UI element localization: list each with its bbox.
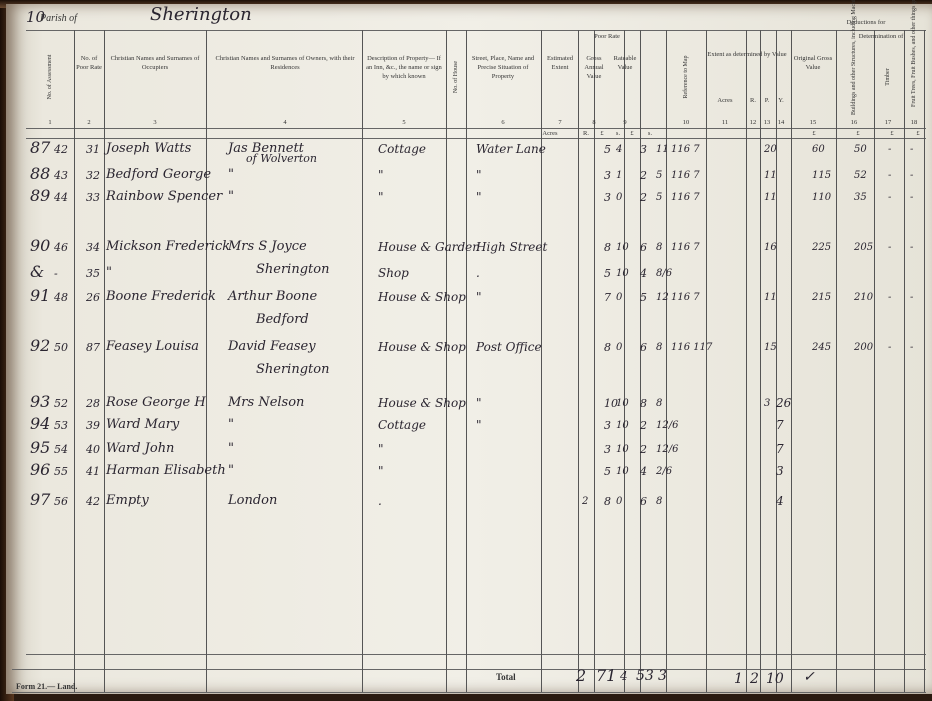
column-rule <box>466 30 467 692</box>
original-gross-value: 115 <box>812 170 831 181</box>
extent-yards: 26 <box>776 396 791 410</box>
map-reference: 116 7 <box>671 192 700 203</box>
poor-rate-number: 33 <box>86 191 100 204</box>
column-header: Reference to Map <box>683 39 689 115</box>
total-extent: 2 <box>576 666 586 685</box>
rateable-value-shillings: 12 <box>656 292 669 303</box>
occupier-name: Bedford George <box>106 167 211 182</box>
assessment-number: 95 <box>30 438 50 457</box>
property-street: Post Office <box>476 340 542 354</box>
owner-name: " <box>228 167 234 182</box>
owner-name: London <box>228 493 277 508</box>
group-header: Poor Rate <box>542 32 672 41</box>
total-gross-shillings: 4 <box>620 669 628 683</box>
gross-value-pounds: 5 <box>604 465 611 478</box>
rateable-value-pounds: 6 <box>640 495 647 508</box>
extent-yards: 4 <box>776 494 784 508</box>
property-description: " <box>378 190 384 204</box>
gross-value-shillings: 4 <box>616 144 622 155</box>
map-reference: 116 7 <box>671 170 700 181</box>
unit-label: £ <box>910 129 926 138</box>
gross-value-pounds: 5 <box>604 143 611 156</box>
column-header: Rateable Value <box>610 54 640 72</box>
gross-value-shillings: 10 <box>616 444 629 455</box>
assessment-number: 97 <box>30 490 50 509</box>
unit-label: £ <box>624 129 640 138</box>
extent-perches: 11 <box>764 192 777 203</box>
occupier-name: Feasey Louisa <box>106 339 199 354</box>
extent-perches: 3 <box>764 398 770 409</box>
original-gross-value: 60 <box>812 144 825 155</box>
column-number: 3 <box>106 118 204 127</box>
column-header: Christian Names and Surnames of Owners, … <box>211 54 359 72</box>
property-description: " <box>378 464 384 478</box>
column-number: 4 <box>211 118 359 127</box>
occupier-name: Rainbow Spencer <box>106 189 222 204</box>
deduction-fruit: - <box>910 242 913 253</box>
rateable-value-shillings: 8 <box>656 242 662 253</box>
owner-name: " <box>228 417 234 432</box>
gross-value-shillings: 0 <box>616 192 622 203</box>
original-gross-value: 215 <box>812 292 831 303</box>
unit-label: £ <box>806 129 822 138</box>
rateable-value-shillings: 12/6 <box>656 420 678 431</box>
property-street: " <box>476 190 482 204</box>
rateable-value-pounds: 6 <box>640 241 647 254</box>
total-rate-pounds: 53 <box>636 668 654 684</box>
deduction-timber: - <box>888 144 891 155</box>
occupier-name: Joseph Watts <box>106 141 191 156</box>
ledger-page: 10 Parish of Sherington No. of Assessmen… <box>6 4 932 694</box>
column-header: Original Gross Value <box>792 54 834 72</box>
column-number: 14 <box>774 118 788 127</box>
parish-label: Parish of <box>40 14 77 23</box>
unit-label: £ <box>884 129 900 138</box>
property-description: Cottage <box>378 142 426 156</box>
column-rule <box>760 30 761 692</box>
rateable-value-pounds: 3 <box>640 143 647 156</box>
deduction-timber: - <box>888 342 891 353</box>
gross-value-shillings: 10 <box>616 242 629 253</box>
form-label: Form 21.— Land. <box>16 682 77 691</box>
column-header: Gross Annual Value <box>578 54 610 81</box>
occupier-name: " <box>106 265 112 280</box>
column-header: No. of Poor Rate <box>76 54 102 72</box>
deduction-timber: - <box>888 242 891 253</box>
gross-value-pounds: 5 <box>604 267 611 280</box>
owner-name: Mrs Nelson <box>228 395 304 410</box>
column-number: 7 <box>542 118 578 127</box>
assessment-number: 91 <box>30 286 50 305</box>
column-number: 1 <box>30 118 70 127</box>
total-check-mark: ✓ <box>803 669 815 685</box>
poor-rate-number: 34 <box>86 241 100 254</box>
assessment-number-2: 48 <box>54 291 68 304</box>
gross-value-shillings: 0 <box>616 496 622 507</box>
property-description: " <box>378 442 384 456</box>
gross-value-pounds: 7 <box>604 291 611 304</box>
occupier-name: Rose George H <box>106 395 206 410</box>
owner-name: " <box>228 463 234 478</box>
assessment-number-2: 53 <box>54 419 68 432</box>
column-header: Description of Property— If an Inn, &c.,… <box>364 54 444 81</box>
extent-perches: 11 <box>764 292 777 303</box>
occupier-name: Ward Mary <box>106 417 179 432</box>
extent-perches: 20 <box>764 144 777 155</box>
deduction-fruit: - <box>910 144 913 155</box>
owner-residence: Sherington <box>256 362 329 377</box>
rateable-value-shillings: 5 <box>656 170 662 181</box>
unit-label: R. <box>578 129 594 138</box>
poor-rate-number: 41 <box>86 465 100 478</box>
gross-value-pounds: 3 <box>604 169 611 182</box>
rateable-value-shillings: 11 <box>656 144 669 155</box>
occupier-name: Harman Elisabeth <box>106 463 226 478</box>
rateable-value-pounds: 4 <box>640 465 647 478</box>
column-header: Estimated Extent <box>542 54 578 72</box>
gross-value-shillings: 10 <box>616 466 629 477</box>
gross-value-pounds: 8 <box>604 341 611 354</box>
rateable-value-pounds: 2 <box>640 169 647 182</box>
column-rule <box>206 30 207 692</box>
extent-perches: 15 <box>764 342 777 353</box>
unit-label: £ <box>594 129 610 138</box>
deduction-buildings: 52 <box>854 170 867 181</box>
total-acres: 1 <box>734 671 743 687</box>
poor-rate-number: 87 <box>86 341 100 354</box>
occupier-name: Ward John <box>106 441 174 456</box>
assessment-number-2: 50 <box>54 341 68 354</box>
rateable-value-pounds: 4 <box>640 267 647 280</box>
column-header: No. of Assessment <box>47 37 53 117</box>
poor-rate-number: 28 <box>86 397 100 410</box>
assessment-number: & <box>30 262 44 281</box>
poor-rate-number: 32 <box>86 169 100 182</box>
deduction-buildings: 205 <box>854 242 873 253</box>
property-description: Cottage <box>378 418 426 432</box>
column-header: No. of House <box>453 48 459 106</box>
column-rule <box>904 30 905 692</box>
rateable-value-shillings: 8 <box>656 342 662 353</box>
property-description: Shop <box>378 266 409 280</box>
gross-value-pounds: 3 <box>604 443 611 456</box>
owner-name: David Feasey <box>228 339 316 354</box>
owner-name: " <box>228 189 234 204</box>
occupier-name: Empty <box>106 493 149 508</box>
property-description: House & Shop <box>378 290 466 304</box>
assessment-number: 92 <box>30 336 50 355</box>
rateable-value-pounds: 2 <box>640 419 647 432</box>
deduction-timber: - <box>888 192 891 203</box>
column-number: 10 <box>668 118 704 127</box>
gross-value-shillings: 0 <box>616 292 622 303</box>
rateable-value-shillings: 2/6 <box>656 466 672 477</box>
column-number: 13 <box>760 118 774 127</box>
estimated-extent: 2 <box>582 496 588 507</box>
rateable-value-pounds: 8 <box>640 397 647 410</box>
assessment-number: 89 <box>30 186 50 205</box>
column-rule <box>836 30 837 692</box>
deduction-fruit: - <box>910 170 913 181</box>
extent-yards: 7 <box>776 442 784 456</box>
unit-label: Acres <box>542 129 558 138</box>
rateable-value-pounds: 6 <box>640 341 647 354</box>
original-gross-value: 225 <box>812 242 831 253</box>
assessment-number-2: 55 <box>54 465 68 478</box>
assessment-number-2: 43 <box>54 169 68 182</box>
poor-rate-number: 35 <box>86 267 100 280</box>
column-rule <box>446 30 447 692</box>
gross-value-pounds: 8 <box>604 495 611 508</box>
column-header: Acres <box>706 96 744 105</box>
assessment-number-2: - <box>54 267 58 280</box>
deduction-buildings: 35 <box>854 192 867 203</box>
assessment-number-2: 44 <box>54 191 68 204</box>
column-number: 12 <box>746 118 760 127</box>
parish-name: Sherington <box>150 4 252 25</box>
column-header: Timber <box>885 43 891 111</box>
deduction-fruit: - <box>910 342 913 353</box>
group-header: Determination of <box>836 32 926 41</box>
property-street: . <box>476 266 480 280</box>
property-street: Water Lane <box>476 142 546 156</box>
column-rule <box>640 30 641 692</box>
gross-value-pounds: 3 <box>604 191 611 204</box>
total-rate-shillings: 3 <box>658 668 667 684</box>
extent-perches: 11 <box>764 170 777 181</box>
gross-value-shillings: 10 <box>616 420 629 431</box>
assessment-number: 94 <box>30 414 50 433</box>
property-description: House & Garden <box>378 240 480 254</box>
total-r: 2 <box>750 671 759 687</box>
column-number: 5 <box>364 118 444 127</box>
deduction-fruit: - <box>910 292 913 303</box>
map-reference: 116 7 <box>671 242 700 253</box>
column-rule <box>776 30 777 692</box>
column-number: 17 <box>874 118 902 127</box>
original-gross-value: 245 <box>812 342 831 353</box>
assessment-number: 96 <box>30 460 50 479</box>
column-number: 9 <box>610 118 640 127</box>
column-number: 8 <box>578 118 610 127</box>
column-header: Fruit Trees, Fruit Bushes, and other thi… <box>911 47 917 107</box>
assessment-number-2: 46 <box>54 241 68 254</box>
column-number: 18 <box>904 118 924 127</box>
gross-value-pounds: 8 <box>604 241 611 254</box>
map-reference: 116 7 <box>671 292 700 303</box>
assessment-number: 90 <box>30 236 50 255</box>
rateable-value-pounds: 5 <box>640 291 647 304</box>
property-street: High Street <box>476 240 547 254</box>
deduction-fruit: - <box>910 192 913 203</box>
assessment-number-2: 52 <box>54 397 68 410</box>
column-header: Y. <box>774 96 788 105</box>
assessment-number-2: 42 <box>54 143 68 156</box>
assessment-number-2: 54 <box>54 443 68 456</box>
rateable-value-shillings: 8 <box>656 496 662 507</box>
column-header: P. <box>760 96 774 105</box>
rateable-value-pounds: 2 <box>640 443 647 456</box>
property-street: " <box>476 168 482 182</box>
assessment-number: 88 <box>30 164 50 183</box>
column-rule <box>104 30 105 692</box>
owner-name: Arthur Boone <box>228 289 317 304</box>
column-number: 2 <box>76 118 102 127</box>
poor-rate-number: 31 <box>86 143 100 156</box>
rateable-value-shillings: 5 <box>656 192 662 203</box>
map-reference: 116 117 <box>671 342 712 353</box>
assessment-number: 93 <box>30 392 50 411</box>
poor-rate-number: 39 <box>86 419 100 432</box>
column-number: 16 <box>836 118 872 127</box>
assessment-number: 87 <box>30 138 50 157</box>
extent-yards: 3 <box>776 464 784 478</box>
column-rule <box>746 30 747 692</box>
rateable-value-shillings: 8/6 <box>656 268 672 279</box>
column-number: 6 <box>467 118 539 127</box>
original-gross-value: 110 <box>812 192 831 203</box>
column-number: 15 <box>792 118 834 127</box>
total-label: Total <box>496 673 516 682</box>
owner-name: " <box>228 441 234 456</box>
extent-perches: 16 <box>764 242 777 253</box>
map-reference: 116 7 <box>671 144 700 155</box>
assessment-number-2: 56 <box>54 495 68 508</box>
column-header: Buildings and other Structures, includin… <box>851 39 857 115</box>
occupier-name: Mickson Frederick <box>106 239 230 254</box>
property-description: House & Shop <box>378 396 466 410</box>
owner-residence: Bedford <box>256 312 309 327</box>
deduction-buildings: 200 <box>854 342 873 353</box>
owner-residence: of Wolverton <box>246 152 317 165</box>
unit-label: s. <box>642 129 658 138</box>
poor-rate-number: 26 <box>86 291 100 304</box>
rateable-value-shillings: 8 <box>656 398 662 409</box>
gross-value-shillings: 0 <box>616 342 622 353</box>
column-rule <box>791 30 792 692</box>
column-header: Christian Names and Surnames of Occupier… <box>106 54 204 72</box>
owner-name: Mrs S Joyce <box>228 239 307 254</box>
column-rule <box>666 30 667 692</box>
rule-line <box>12 692 926 693</box>
column-header: Street, Place, Name and Precise Situatio… <box>467 54 539 81</box>
gross-value-shillings: 1 <box>616 170 622 181</box>
rule-line <box>12 669 926 670</box>
total-p: 10 <box>766 671 784 687</box>
property-description: . <box>378 494 382 508</box>
poor-rate-number: 42 <box>86 495 100 508</box>
column-rule <box>74 30 75 692</box>
deduction-buildings: 50 <box>854 144 867 155</box>
deduction-timber: - <box>888 170 891 181</box>
property-street: " <box>476 418 482 432</box>
column-rule <box>362 30 363 692</box>
group-header: Deductions for <box>836 18 896 27</box>
unit-label: £ <box>850 129 866 138</box>
gross-value-shillings: 10 <box>616 398 629 409</box>
occupier-name: Boone Frederick <box>106 289 216 304</box>
deduction-buildings: 210 <box>854 292 873 303</box>
poor-rate-number: 40 <box>86 443 100 456</box>
property-street: " <box>476 290 482 304</box>
column-header: R. <box>746 96 760 105</box>
rateable-value-pounds: 2 <box>640 191 647 204</box>
column-rule <box>706 30 707 692</box>
column-rule <box>874 30 875 692</box>
owner-residence: Sherington <box>256 262 329 277</box>
extent-yards: 7 <box>776 418 784 432</box>
column-number: 11 <box>706 118 744 127</box>
gross-value-pounds: 3 <box>604 419 611 432</box>
gross-value-shillings: 10 <box>616 268 629 279</box>
deduction-timber: - <box>888 292 891 303</box>
group-header: Extent as determined by Value <box>706 50 788 59</box>
rateable-value-shillings: 12/6 <box>656 444 678 455</box>
property-description: House & Shop <box>378 340 466 354</box>
total-gross-pounds: 71 <box>596 666 616 685</box>
property-street: " <box>476 396 482 410</box>
property-description: " <box>378 168 384 182</box>
